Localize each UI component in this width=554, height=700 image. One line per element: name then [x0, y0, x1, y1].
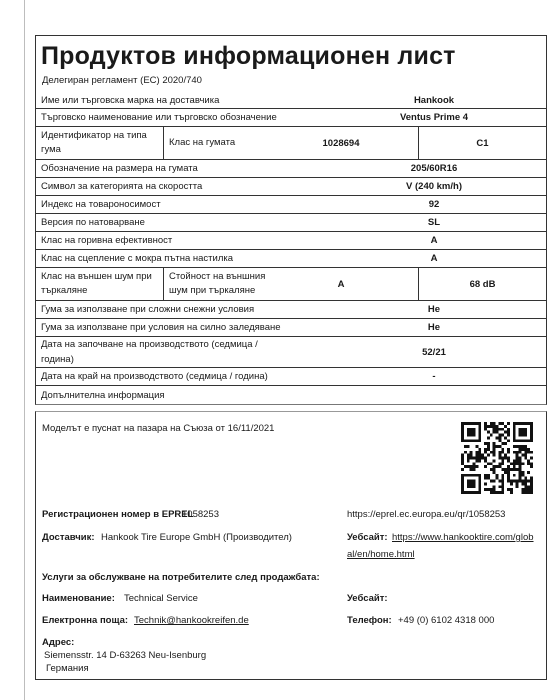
row-supplier: Име или търговска марка на доставчика Ha…	[36, 92, 546, 109]
email-link[interactable]: Technik@hankookreifen.de	[134, 615, 249, 626]
tyre-class-label: Клас на гумата	[164, 136, 284, 150]
address-label: Адрес:	[42, 637, 74, 648]
supplier-value: Hankook Tire Europe GmbH (Производител)	[101, 532, 292, 543]
row-additional-info: Допълнителна информация	[36, 386, 546, 404]
row-type-identifier: Идентификатор на типа гума Клас на гумат…	[36, 127, 546, 160]
trade-name-value: Ventus Prime 4	[376, 109, 546, 126]
eprel-number: 1058253	[182, 509, 219, 520]
ice-label: Гума за използване при условия на силно …	[36, 319, 376, 336]
row-speed: Символ за категорията на скоростта V (24…	[36, 178, 546, 196]
website-link-line1[interactable]: https://www.hankooktire.com/glob	[392, 532, 534, 543]
row-size: Обозначение на размера на гумата 205/60R…	[36, 160, 546, 178]
fuel-efficiency-value: A	[376, 232, 546, 249]
row-production-start: Дата на започване на производството (сед…	[36, 337, 546, 368]
supplier-info-box: Моделът е пуснат на пазара на Съюза от 1…	[35, 411, 547, 680]
row-snow: Гума за използване при сложни снежни усл…	[36, 301, 546, 319]
row-ice: Гума за използване при условия на силно …	[36, 319, 546, 337]
page-edge-rule	[24, 0, 25, 700]
noise-db-value: 68 dB	[419, 268, 546, 300]
qr-code-icon[interactable]	[459, 422, 535, 494]
row-load-version: Версия по натоварване SL	[36, 214, 546, 232]
load-version-label: Версия по натоварване	[36, 214, 376, 231]
website-link-line2[interactable]: al/en/home.html	[347, 549, 415, 560]
website-label: Уебсайт:	[347, 532, 388, 543]
type-identifier-value: 1028694	[284, 138, 418, 149]
load-version-value: SL	[376, 214, 546, 231]
row-load-index: Индекс на товароносимост 92	[36, 196, 546, 214]
load-index-value: 92	[376, 196, 546, 213]
service-name-label: Наименование:	[42, 593, 115, 604]
email-label: Електронна поща:	[42, 615, 128, 626]
market-date-text: Моделът е пуснат на пазара на Съюза от 1…	[42, 423, 274, 434]
supplier-label: Име или търговска марка на доставчика	[36, 92, 376, 108]
noise-class-value: A	[284, 279, 418, 290]
supplier-label: Доставчик:	[42, 532, 95, 543]
size-value: 205/60R16	[376, 160, 546, 177]
wet-grip-label: Клас на сцепление с мокра пътна настилка	[36, 250, 376, 267]
production-start-value: 52/21	[276, 337, 546, 367]
eprel-label: Регистрационен номер в EPREL	[42, 509, 193, 520]
speed-label: Символ за категорията на скоростта	[36, 178, 376, 195]
trade-name-label: Търговско наименование или търговско обо…	[36, 109, 376, 126]
address-line2: Германия	[46, 663, 89, 674]
type-identifier-label: Идентификатор на типа гума	[36, 127, 164, 159]
eprel-link[interactable]: https://eprel.ec.europa.eu/qr/1058253	[347, 509, 505, 520]
row-wet-grip: Клас на сцепление с мокра пътна настилка…	[36, 250, 546, 268]
speed-value: V (240 km/h)	[376, 178, 546, 195]
snow-value: Не	[376, 301, 546, 318]
row-noise: Клас на външен шум при търкаляне Стойнос…	[36, 268, 546, 301]
production-start-label: Дата на започване на производството (сед…	[36, 337, 276, 367]
wet-grip-value: A	[376, 250, 546, 267]
supplier-value: Hankook	[376, 92, 546, 108]
fuel-efficiency-label: Клас на горивна ефективност	[36, 232, 376, 249]
address-line1: Siemensstr. 14 D-63263 Neu-Isenburg	[44, 650, 206, 661]
snow-label: Гума за използване при сложни снежни усл…	[36, 301, 376, 318]
additional-info-label: Допълнителна информация	[36, 386, 376, 404]
size-label: Обозначение на размера на гумата	[36, 160, 376, 177]
service-name-value: Technical Service	[124, 593, 198, 604]
noise-value-label: Стойност на външния шум при търкаляне	[164, 270, 284, 298]
regulation-subtitle: Делегиран регламент (ЕС) 2020/740	[36, 74, 546, 92]
after-sales-heading: Услуги за обслужване на потребителите сл…	[42, 572, 320, 583]
production-end-label: Дата на край на производството (седмица …	[36, 368, 376, 385]
page-title: Продуктов информационен лист	[36, 36, 546, 74]
noise-class-label: Клас на външен шум при търкаляне	[36, 268, 164, 300]
load-index-label: Индекс на товароносимост	[36, 196, 376, 213]
ice-value: Не	[376, 319, 546, 336]
tyre-class-value: C1	[419, 127, 546, 159]
phone-value: +49 (0) 6102 4318 000	[398, 615, 494, 626]
service-website-label: Уебсайт:	[347, 593, 388, 604]
row-trade-name: Търговско наименование или търговско обо…	[36, 109, 546, 127]
product-info-table: Продуктов информационен лист Делегиран р…	[35, 35, 547, 405]
production-end-value: -	[376, 368, 546, 385]
row-production-end: Дата на край на производството (седмица …	[36, 368, 546, 386]
row-fuel-efficiency: Клас на горивна ефективност A	[36, 232, 546, 250]
phone-label: Телефон:	[347, 615, 392, 626]
